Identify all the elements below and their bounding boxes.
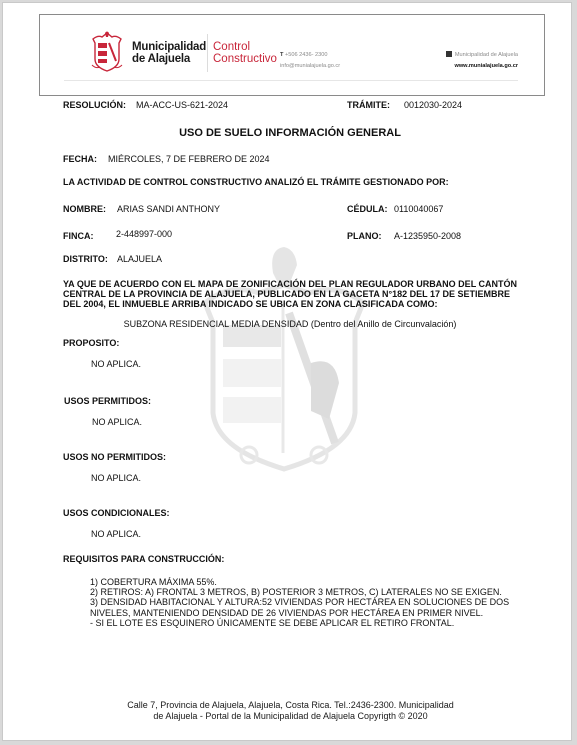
usos-permitidos-label: USOS PERMITIDOS:: [64, 396, 151, 407]
tramite-value: 0012030-2024: [404, 100, 462, 111]
document-footer: Calle 7, Provincia de Alajuela, Alajuela…: [63, 700, 518, 722]
fecha-value: MIÉRCOLES, 7 DE FEBRERO DE 2024: [108, 154, 270, 165]
usos-no-permitidos-label: USOS NO PERMITIDOS:: [63, 452, 166, 463]
fecha-label: FECHA:: [63, 154, 97, 165]
department-name: Control Constructivo: [213, 41, 277, 65]
document-page: Municipalidad de Alajuela Control Constr…: [2, 2, 572, 741]
requisito-item: 2) RETIROS: A) FRONTAL 3 METROS, B) POST…: [90, 587, 510, 597]
website-link: www.munialajuela.go.cr: [446, 61, 518, 72]
header-divider: [207, 34, 208, 72]
requisitos-label: REQUISITOS PARA CONSTRUCCIÓN:: [63, 554, 224, 565]
letterhead-inner: Municipalidad de Alajuela Control Constr…: [64, 21, 518, 81]
tramite-label: TRÁMITE:: [347, 100, 390, 111]
requisito-item: 1) COBERTURA MÁXIMA 55%.: [90, 577, 510, 587]
usos-condicionales-value: NO APLICA.: [91, 529, 141, 540]
zonificacion-text: YA QUE DE ACUERDO CON EL MAPA DE ZONIFIC…: [63, 279, 523, 310]
footer-line-2: de Alajuela - Portal de la Municipalidad…: [63, 711, 518, 722]
social-info: Municipalidad de Alajuela www.munialajue…: [446, 50, 518, 72]
contact-info: T +506 2436- 2300 info@munialajuela.go.c…: [280, 50, 340, 72]
phone-label: T: [280, 52, 283, 58]
resolucion-value: MA-ACC-US-621-2024: [136, 100, 228, 111]
footer-line-1: Calle 7, Provincia de Alajuela, Alajuela…: [63, 700, 518, 711]
requisitos-list: 1) COBERTURA MÁXIMA 55%. 2) RETIROS: A) …: [90, 577, 510, 628]
finca-value: 2-448997-000: [116, 229, 172, 240]
proposito-label: PROPOSITO:: [63, 338, 119, 349]
nombre-value: ARIAS SANDI ANTHONY: [117, 204, 220, 215]
plano-value: A-1235950-2008: [394, 231, 461, 242]
document-title: USO DE SUELO INFORMACIÓN GENERAL: [3, 128, 577, 139]
usos-permitidos-value: NO APLICA.: [92, 417, 142, 428]
municipal-crest-icon: [90, 31, 124, 73]
cedula-label: CÉDULA:: [347, 204, 388, 215]
facebook-icon: [446, 51, 452, 57]
crest-watermark-icon: [199, 243, 369, 473]
letterhead: Municipalidad de Alajuela Control Constr…: [39, 14, 545, 96]
intro-text: LA ACTIVIDAD DE CONTROL CONSTRUCTIVO ANA…: [63, 177, 449, 188]
usos-no-permitidos-value: NO APLICA.: [91, 473, 141, 484]
cedula-value: 0110040067: [394, 204, 443, 215]
requisito-item: 3) DENSIDAD HABITACIONAL Y ALTURA:52 VIV…: [90, 597, 510, 617]
phone-number: +506 2436- 2300: [285, 52, 327, 58]
distrito-value: ALAJUELA: [117, 254, 162, 265]
nombre-label: NOMBRE:: [63, 204, 106, 215]
plano-label: PLANO:: [347, 231, 382, 242]
usos-condicionales-label: USOS CONDICIONALES:: [63, 508, 170, 519]
requisito-item: - SI EL LOTE ES ESQUINERO ÚNICAMENTE SE …: [90, 618, 510, 628]
brand-name: Municipalidad de Alajuela: [132, 41, 206, 65]
distrito-label: DISTRITO:: [63, 254, 108, 265]
facebook-name: Municipalidad de Alajuela: [455, 52, 518, 58]
finca-label: FINCA:: [63, 231, 94, 242]
email-address: info@munialajuela.go.cr: [280, 61, 340, 72]
resolucion-label: RESOLUCIÓN:: [63, 100, 126, 111]
proposito-value: NO APLICA.: [91, 359, 141, 370]
zona-classification: SUBZONA RESIDENCIAL MEDIA DENSIDAD (Dent…: [3, 319, 577, 330]
